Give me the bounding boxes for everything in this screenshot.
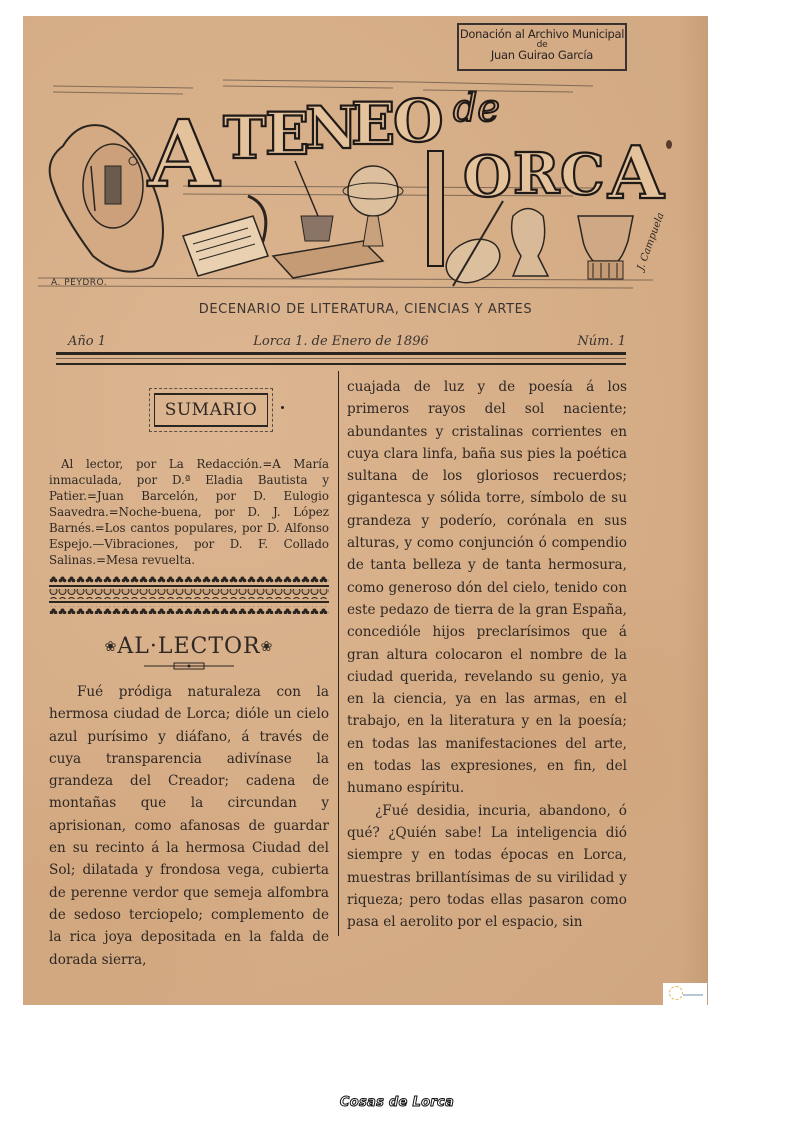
article-body-left: Fué pródiga naturaleza con la hermosa ci… — [49, 681, 329, 971]
svg-text:A: A — [147, 100, 221, 208]
sumario-frame: SUMARIO — [149, 388, 273, 432]
stamp-line-1: Donación al Archivo Municipal — [460, 27, 624, 41]
svg-text:E: E — [265, 100, 309, 168]
svg-text:R: R — [513, 141, 560, 207]
stamp-line-3: Juan Guirao García — [491, 48, 593, 62]
place-date: Lorca 1. de Enero de 1896 — [56, 334, 626, 349]
article-title: AL·LECTOR — [117, 634, 260, 659]
fleuron-left-icon: ❀ — [105, 639, 118, 655]
sumario-contents: Al lector, por La Redacción.=A María inm… — [49, 456, 329, 568]
newspaper-subtitle: DECENARIO DE LITERATURA, CIENCIAS Y ARTE… — [23, 302, 708, 317]
svg-text:de: de — [453, 86, 500, 130]
masthead-engraving-icon: A T E N E O de O R C A — [33, 66, 693, 296]
sumario-dot — [281, 406, 284, 409]
svg-text:O: O — [393, 87, 444, 155]
header-rule-middle — [56, 358, 626, 359]
page-caption: Cosas de Lorca — [0, 1095, 794, 1110]
logo-wordmark — [683, 994, 703, 996]
fleuron-right-icon: ❀ — [261, 639, 274, 655]
archive-donation-stamp: Donación al Archivo Municipal de Juan Gu… — [457, 23, 627, 71]
heading-underline-ornament-icon — [144, 662, 234, 670]
svg-text:J. Campuela: J. Campuela — [635, 211, 667, 274]
ornament-band-icon — [49, 576, 329, 616]
article-paragraph-2: ¿Fué desidia, incuria, abandono, ó qué? … — [347, 800, 627, 934]
svg-text:C: C — [560, 142, 605, 208]
article-body-right: cuajada de luz y de poesía á los primero… — [347, 376, 627, 933]
article-heading: ❀AL·LECTOR❀ — [49, 634, 329, 660]
header-rule-top — [56, 352, 626, 355]
svg-text:O: O — [463, 144, 512, 210]
newspaper-page: Donación al Archivo Municipal de Juan Gu… — [23, 16, 708, 1005]
ornamental-divider — [49, 576, 329, 616]
svg-text:A: A — [607, 130, 665, 215]
article-paragraph-1: Fué pródiga naturaleza con la hermosa ci… — [49, 681, 329, 971]
svg-text:E: E — [351, 90, 395, 158]
archive-logo — [663, 983, 707, 1005]
dateline: Año 1 Lorca 1. de Enero de 1896 Núm. 1 — [56, 334, 626, 352]
article-paragraph-1-continued: cuajada de luz y de poesía á los primero… — [347, 376, 627, 800]
svg-text:T: T — [223, 104, 266, 172]
sumario-heading: SUMARIO — [154, 393, 268, 427]
header-rule-bottom — [56, 363, 626, 365]
column-divider — [338, 371, 339, 936]
engraver-signature: A. PEYDRO. — [51, 278, 107, 288]
issue-number: Núm. 1 — [577, 334, 626, 349]
sun-logo-icon — [669, 986, 683, 1000]
masthead-illustration: A T E N E O de O R C A — [33, 66, 693, 296]
